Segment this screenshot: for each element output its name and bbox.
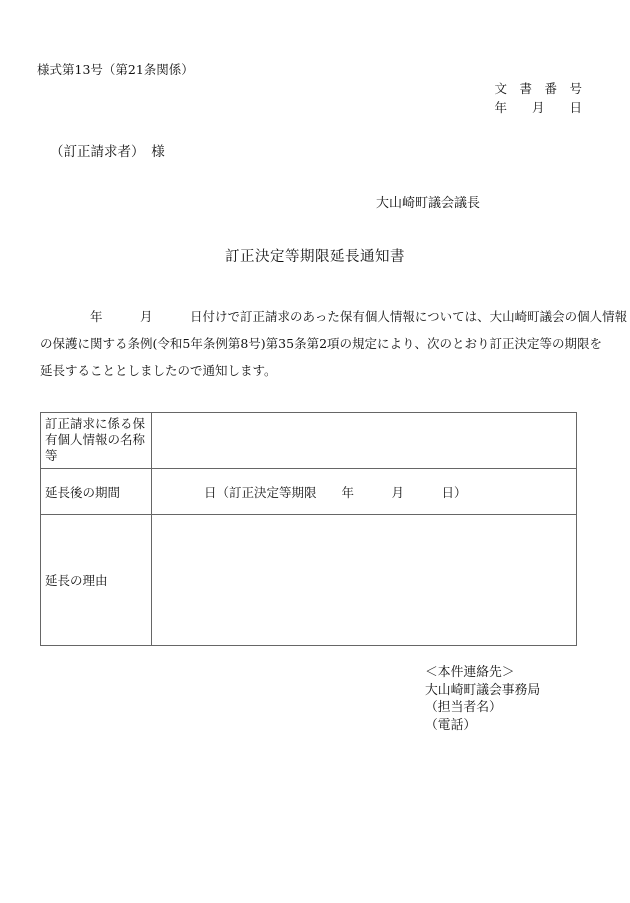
body-line: 延長することとしましたので通知します。 — [40, 357, 627, 384]
table-row-info-name: 訂正請求に係る保有個人情報の名称等 — [41, 413, 577, 469]
table-row-extension-reason: 延長の理由 — [41, 515, 577, 646]
table-label-extended-period: 延長後の期間 — [41, 469, 152, 515]
table-value-extension-reason — [152, 515, 577, 646]
info-table: 訂正請求に係る保有個人情報の名称等 延長後の期間 日（訂正決定等期限 年 月 日… — [40, 412, 577, 646]
table-label-extension-reason: 延長の理由 — [41, 515, 152, 646]
contact-block: ＜本件連絡先＞ 大山崎町議会事務局 （担当者名） （電話） — [425, 664, 540, 734]
body-paragraph: 年 月 日付けで訂正請求のあった保有個人情報については、大山崎町議会の個人情報 … — [40, 303, 627, 384]
header-right-block: 文 書 番 号 年 月 日 — [494, 79, 582, 117]
document-page: 様式第13号（第21条関係） 文 書 番 号 年 月 日 （訂正請求者） 様 大… — [0, 0, 630, 903]
contact-heading: ＜本件連絡先＞ — [425, 664, 540, 682]
contact-line-office: 大山崎町議会事務局 — [425, 682, 540, 700]
document-title: 訂正決定等期限延長通知書 — [0, 245, 630, 266]
form-style-number: 様式第13号（第21条関係） — [37, 60, 194, 78]
table-row-extended-period: 延長後の期間 日（訂正決定等期限 年 月 日） — [41, 469, 577, 515]
issuer-name: 大山崎町議会議長 — [376, 192, 480, 211]
body-line: 年 月 日付けで訂正請求のあった保有個人情報については、大山崎町議会の個人情報 — [40, 303, 627, 330]
document-number-label: 文 書 番 号 — [494, 79, 582, 98]
contact-line-phone: （電話） — [425, 717, 540, 735]
table-value-extended-period: 日（訂正決定等期限 年 月 日） — [152, 469, 577, 515]
document-date-line: 年 月 日 — [494, 98, 582, 117]
contact-line-person: （担当者名） — [425, 699, 540, 717]
table-value-info-name — [152, 413, 577, 469]
table-label-info-name: 訂正請求に係る保有個人情報の名称等 — [41, 413, 152, 469]
body-line: の保護に関する条例(令和5年条例第8号)第35条第2項の規定により、次のとおり訂… — [40, 330, 627, 357]
recipient-line: （訂正請求者） 様 — [50, 140, 165, 160]
